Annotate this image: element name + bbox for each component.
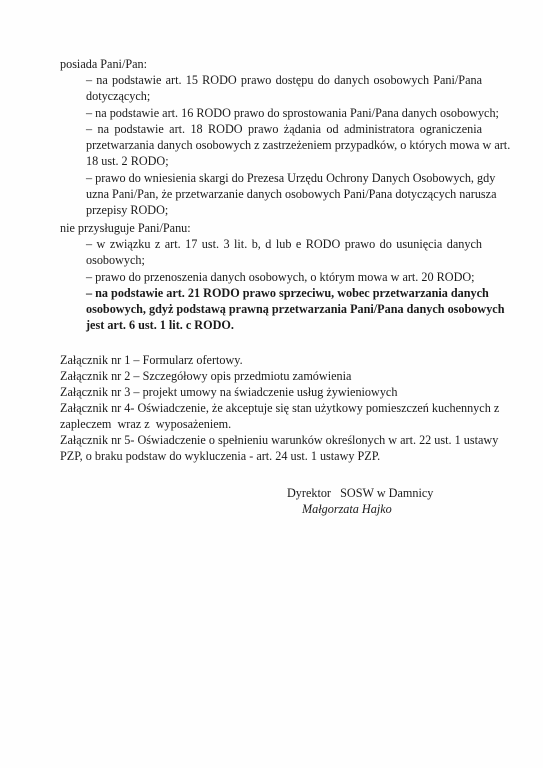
not-entitled-item-line: – prawo do przenoszenia danych osobowych… (86, 269, 475, 285)
right-item-line: – prawo do wniesienia skargi do Prezesa … (86, 170, 482, 186)
right-item-line: przepisy RODO; (86, 202, 168, 218)
not-entitled-item-line: osobowych, gdyż podstawą prawną przetwar… (86, 301, 482, 317)
right-item-line: – na podstawie art. 16 RODO prawo do spr… (86, 105, 499, 121)
section-has-heading: posiada Pani/Pan: (60, 56, 147, 72)
right-item-line: dotyczących; (86, 88, 150, 104)
not-entitled-item-line: osobowych; (86, 252, 145, 268)
attachment-line: Załącznik nr 2 – Szczegółowy opis przedm… (60, 368, 351, 384)
not-entitled-item-line: – na podstawie art. 21 RODO prawo sprzec… (86, 285, 482, 301)
signature-title: Dyrektor SOSW w Damnicy (287, 485, 433, 501)
attachment-line: Załącznik nr 5- Oświadczenie o spełnieni… (60, 432, 482, 448)
attachment-line: Załącznik nr 3 – projekt umowy na świadc… (60, 384, 397, 400)
right-item-line: – na podstawie art. 15 RODO prawo dostęp… (86, 72, 482, 88)
right-item-line: – na podstawie art. 18 RODO prawo żądani… (86, 121, 482, 137)
attachment-line: Załącznik nr 1 – Formularz ofertowy. (60, 352, 243, 368)
attachment-line: PZP, o braku podstaw do wykluczenia - ar… (60, 448, 380, 464)
right-item-line: przetwarzania danych osobowych z zastrze… (86, 137, 482, 153)
right-item-line: 18 ust. 2 RODO; (86, 153, 169, 169)
not-entitled-item-line: – w związku z art. 17 ust. 3 lit. b, d l… (86, 236, 482, 252)
attachment-line: zapleczem wraz z wyposażeniem. (60, 416, 231, 432)
section-not-entitled-heading: nie przysługuje Pani/Panu: (60, 220, 191, 236)
document-page: posiada Pani/Pan: – na podstawie art. 15… (0, 0, 543, 768)
not-entitled-item-line: jest art. 6 ust. 1 lit. c RODO. (86, 317, 234, 333)
signature-name: Małgorzata Hajko (302, 501, 392, 517)
right-item-line: uzna Pani/Pan, że przetwarzanie danych o… (86, 186, 482, 202)
attachment-line: Załącznik nr 4- Oświadczenie, że akceptu… (60, 400, 482, 416)
